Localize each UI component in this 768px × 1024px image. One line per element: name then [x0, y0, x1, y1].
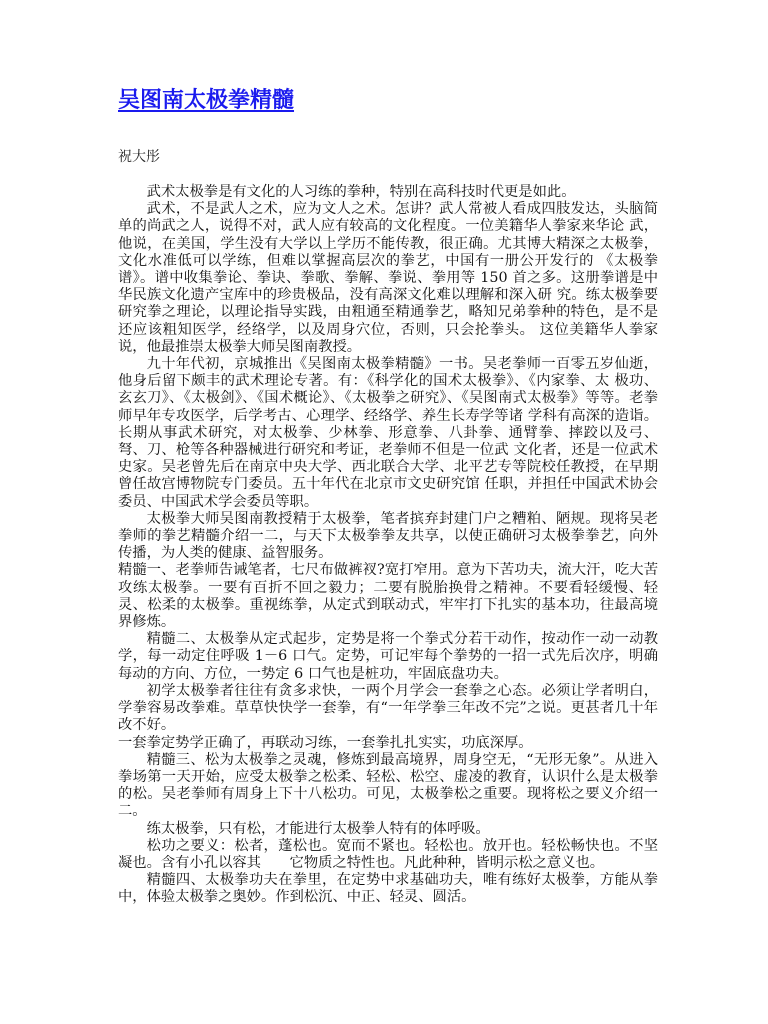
paragraph: 一套拳定势学正确了，再联动习练，一套拳扎扎实实，功底深厚。	[118, 735, 658, 752]
paragraph: 武术太极拳是有文化的人习练的拳种，特别在高科技时代更是如此。	[118, 184, 658, 201]
author-name: 祝大彤	[118, 148, 658, 166]
paragraph: 精髓二、太极拳从定式起步，定势是将一个拳式分若干动作，按动作一动一动教学，每一动…	[118, 631, 658, 683]
paragraph: 武术，不是武人之术，应为文人之术。怎讲？武人常被人看成四肢发达，头脑简单的尚武之…	[118, 201, 658, 356]
paragraph: 练太极拳，只有松，才能进行太极拳人特有的体呼吸。	[118, 821, 658, 838]
paragraph: 松功之要义：松者，蓬松也。宽而不紧也。轻松也。放开也。轻松畅快也。不坚凝也。含有…	[118, 838, 658, 872]
paragraph: 精髓四、太极拳功夫在拳里，在定势中求基础功夫，唯有练好太极拳，方能从拳中，体验太…	[118, 872, 658, 906]
paragraph: 精髓三、松为太极拳之灵魂，修炼到最高境界，周身空无，“无形无象”。从进入拳场第一…	[118, 752, 658, 821]
article-body: 武术太极拳是有文化的人习练的拳种，特别在高科技时代更是如此。 武术，不是武人之术…	[118, 184, 658, 907]
paragraph: 精髓一、老拳师告诫笔者，七尺布做裤衩?宽打窄用。意为下苦功夫，流大汗，吃大苦攻练…	[118, 562, 658, 631]
document-title-link[interactable]: 吴图南太极拳精髓	[118, 86, 294, 116]
paragraph: 初学太极拳者往往有贪多求快，一两个月学会一套拳之心态。必须让学者明白，学拳容易改…	[118, 683, 658, 735]
document-page: 吴图南太极拳精髓 祝大彤 武术太极拳是有文化的人习练的拳种，特别在高科技时代更是…	[118, 86, 658, 907]
paragraph: 九十年代初，京城推出《吴图南太极拳精髓》一书。吴老拳师一百零五岁仙逝，他身后留下…	[118, 356, 658, 511]
paragraph: 太极拳大师吴图南教授精于太极拳，笔者摈弃封建门户之糟粕、陋规。现将吴老拳师的拳艺…	[118, 511, 658, 563]
